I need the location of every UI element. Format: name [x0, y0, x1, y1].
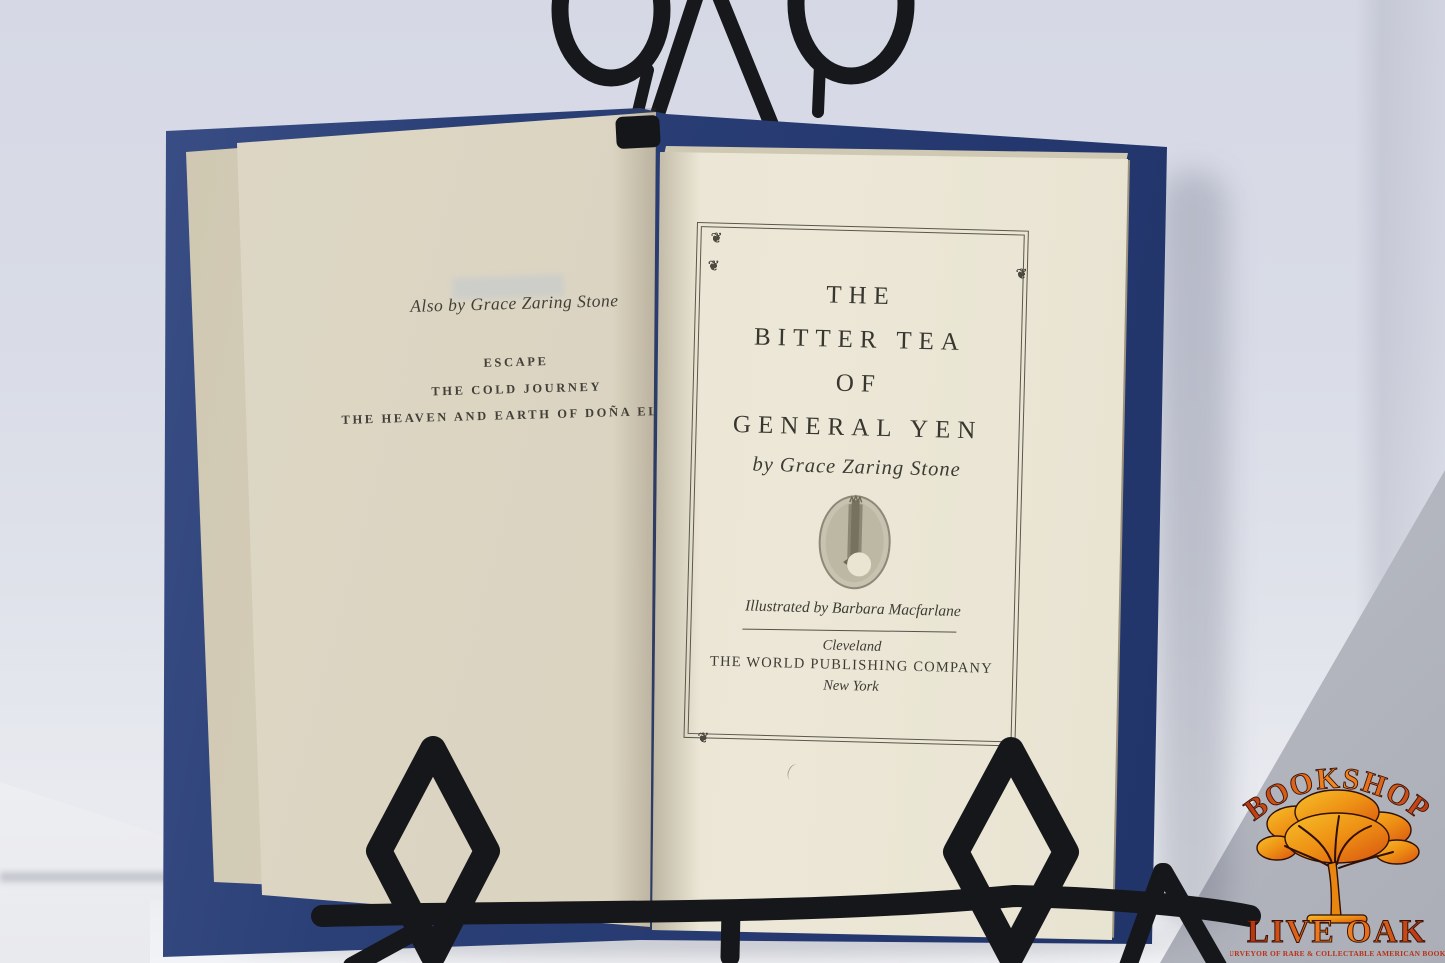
tower-globe-vignette-icon — [814, 491, 895, 593]
fleuron-ornament-icon: ❦ — [697, 730, 709, 746]
live-oak-text: LIVE OAK — [1247, 914, 1427, 950]
book-cast-shadow — [1158, 170, 1228, 930]
book-title-line: THE — [725, 271, 998, 322]
book-title-line: OF — [722, 359, 995, 410]
table-surface-edge-shadow — [0, 872, 170, 882]
watermark-tagline: PURVEYOR OF RARE & COLLECTABLE AMERICAN … — [1230, 949, 1445, 958]
fleuron-ornament-icon: ❦ — [1016, 266, 1028, 282]
book-title-line: GENERAL YEN — [721, 403, 994, 454]
gutter-shadow-left — [612, 108, 656, 930]
fleuron-ornament-icon: ❦ — [710, 230, 722, 246]
book-title-line: BITTER TEA — [723, 315, 996, 366]
bookshop-live-oak-watermark: BOOKSHOP LIVE OAK PURV — [1230, 760, 1445, 960]
photo-scene: Also by Grace Zaring Stone ESCAPE THE CO… — [0, 0, 1445, 963]
book-title: THE BITTER TEA OF GENERAL YEN — [721, 271, 998, 454]
fleuron-ornament-icon: ❦ — [708, 258, 720, 274]
title-page-content: ❦❦❦❦❦❦❦❦ ❦❦❦❦❦❦❦❦ ❦❦❦❦❦❦❦❦❦❦❦❦ ❦❦❦❦❦❦❦❦❦… — [683, 222, 1028, 747]
